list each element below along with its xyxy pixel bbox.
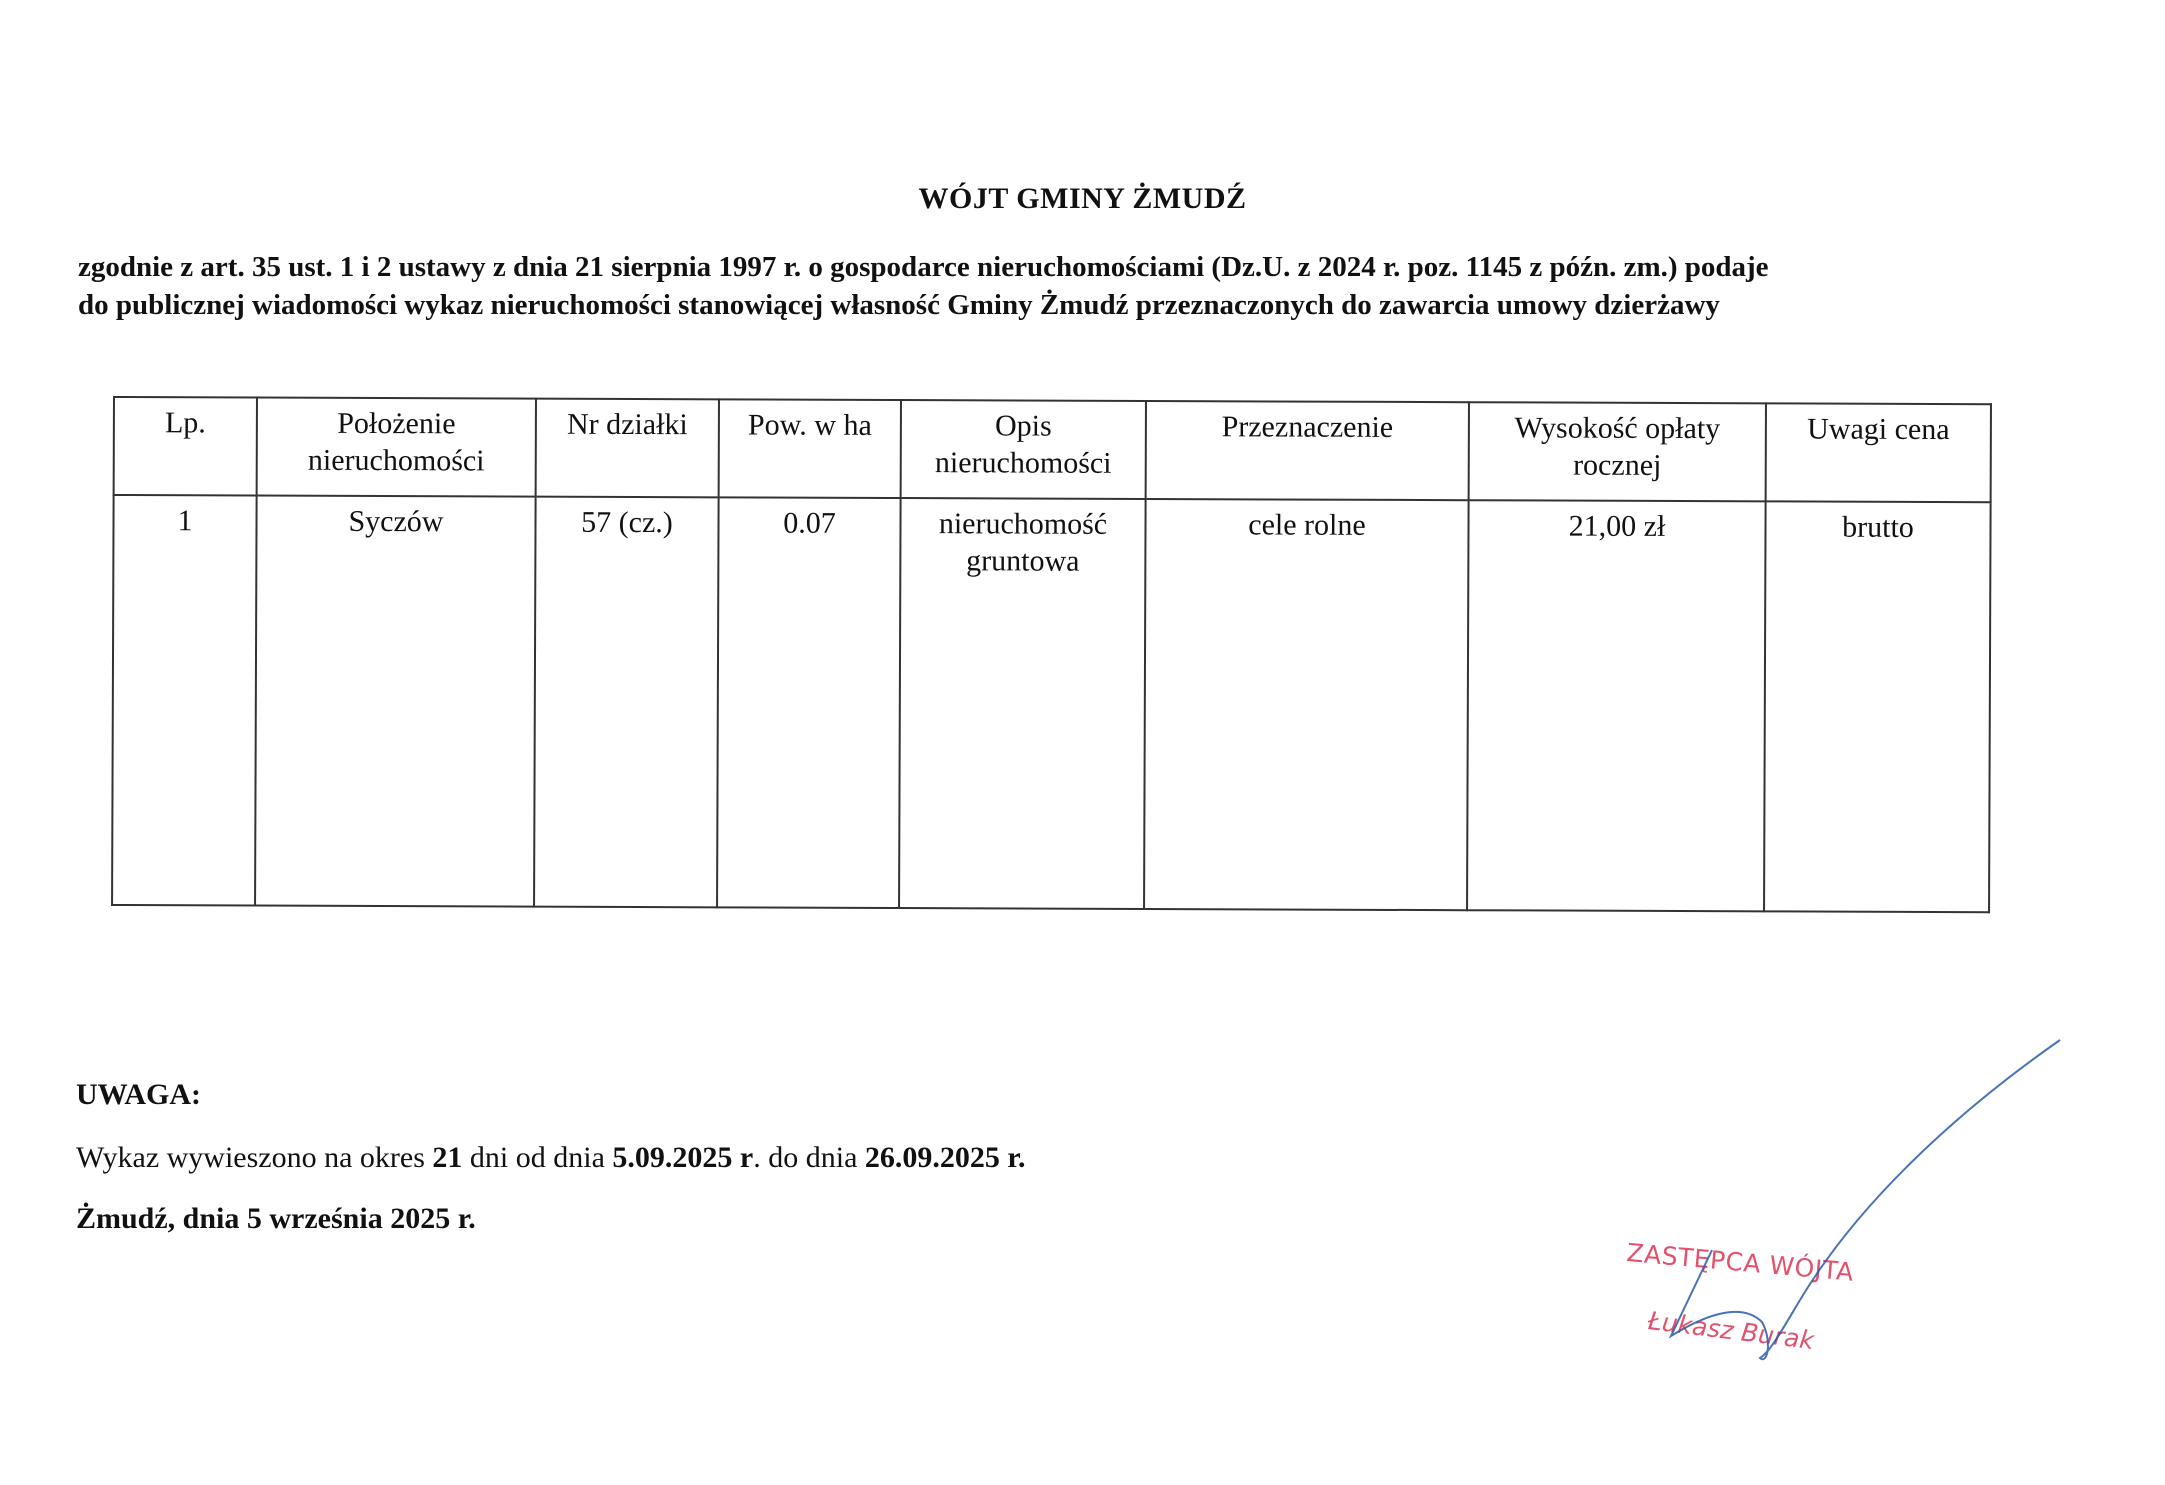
cell-area: 0.07 bbox=[717, 497, 901, 908]
notice-days: 21 bbox=[432, 1141, 462, 1174]
column-header-purpose: Przeznaczenie bbox=[1146, 401, 1469, 500]
column-header-location: Położenie nieruchomości bbox=[257, 398, 536, 497]
notice-text: Wykaz wywieszono na okres 21 dni od dnia… bbox=[76, 1141, 1025, 1175]
stamp-title: ZASTĘPCA WÓJTA bbox=[1625, 1238, 1855, 1287]
column-header-lp: Lp. bbox=[114, 397, 257, 496]
notice-date-from: 5.09.2025 r bbox=[612, 1141, 753, 1174]
column-header-plot-number: Nr działki bbox=[536, 399, 719, 498]
legal-basis-paragraph: zgodnie z art. 35 ust. 1 i 2 ustawy z dn… bbox=[78, 248, 2098, 324]
notice-date-to: 26.09.2025 r. bbox=[865, 1141, 1026, 1174]
cell-remarks: brutto bbox=[1764, 501, 1991, 912]
stamp-name: Łukasz Burak bbox=[1646, 1306, 1815, 1355]
cell-annual-fee: 21,00 zł bbox=[1467, 500, 1766, 911]
document-title: WÓJT GMINY ŻMUDŹ bbox=[0, 182, 2165, 216]
intro-line-2: do publicznej wiadomości wykaz nieruchom… bbox=[78, 286, 2098, 324]
place-and-date: Żmudź, dnia 5 września 2025 r. bbox=[76, 1202, 476, 1236]
notice-text-part: . do dnia bbox=[753, 1141, 865, 1174]
cell-purpose: cele rolne bbox=[1144, 499, 1469, 910]
column-header-remarks: Uwagi cena bbox=[1766, 403, 1991, 502]
cell-location: Syczów bbox=[255, 496, 536, 907]
table-header-row: Lp. Położenie nieruchomości Nr działki P… bbox=[114, 397, 1991, 502]
cell-plot-number: 57 (cz.) bbox=[534, 497, 719, 908]
column-header-area: Pow. w ha bbox=[719, 399, 901, 498]
column-header-annual-fee: Wysokość opłaty rocznej bbox=[1469, 402, 1766, 501]
table-row: 1 Syczów 57 (cz.) 0.07 nieruchomość grun… bbox=[112, 495, 1991, 912]
property-list-table: Lp. Położenie nieruchomości Nr działki P… bbox=[111, 396, 1992, 913]
notice-label: UWAGA: bbox=[76, 1078, 201, 1112]
notice-text-part: Wykaz wywieszono na okres bbox=[76, 1141, 432, 1174]
intro-line-1: zgodnie z art. 35 ust. 1 i 2 ustawy z dn… bbox=[78, 248, 2098, 286]
notice-text-part: dni od dnia bbox=[462, 1141, 612, 1174]
cell-lp: 1 bbox=[112, 495, 257, 906]
cell-description: nieruchomość gruntowa bbox=[899, 498, 1146, 909]
column-header-description: Opis nieruchomości bbox=[901, 400, 1146, 499]
